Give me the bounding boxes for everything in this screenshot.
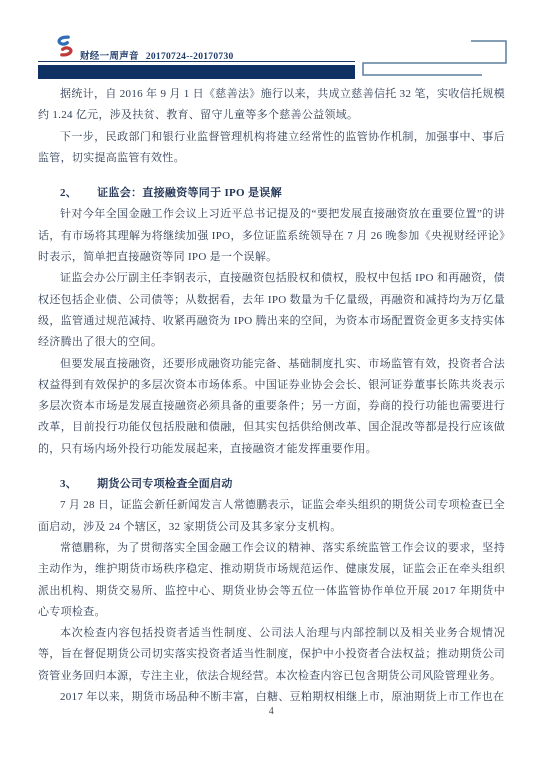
section-number: 2、 [60, 187, 77, 199]
document-page: 财经一周声音20170724--20170730 据统计，自 2016 年 9 … [0, 0, 543, 768]
paragraph: 常德鹏称，为了贯彻落实全国金融工作会议的精神、落实系统监管工作会议的要求，坚持主… [38, 538, 505, 623]
paragraph: 但要发展直接融资，还要形成融资功能完备、基础制度扎实、市场监管有效，投资者合法权… [38, 354, 505, 460]
section-heading-2: 2、证监会：直接融资等同于 IPO 是误解 [38, 183, 505, 204]
header-rule-line [38, 61, 355, 62]
s-swoosh-logo-icon [53, 34, 77, 58]
section-title: 证监会：直接融资等同于 IPO 是误解 [97, 187, 282, 199]
paragraph: 下一步，民政部门和银行业监督管理机构将建立经常性的监管协作机制，加强事中、事后监… [38, 127, 505, 170]
header-navy-bar [38, 65, 355, 79]
paragraph: 本次检查内容包括投资者适当性制度、公司法人治理与内部控制以及相关业务合规情况等，… [38, 623, 505, 687]
section-heading-3: 3、期货公司专项检查全面启动 [38, 474, 505, 495]
header-decorative-outline [355, 36, 543, 82]
header-titleline: 财经一周声音20170724--20170730 [80, 48, 234, 62]
page-number: 4 [0, 706, 543, 717]
paragraph: 针对今年全国金融工作会议上习近平总书记提及的“要把发展直接融资放在重要位置”的讲… [38, 204, 505, 268]
section-title: 期货公司专项检查全面启动 [97, 478, 233, 490]
paragraph: 7 月 28 日，证监会新任新闻发言人常德鹏表示，证监会牵头组织的期货公司专项检… [38, 495, 505, 538]
paragraph: 证监会办公厅副主任李钢表示，直接融资包括股权和债权，股权中包括 IPO 和再融资… [38, 268, 505, 353]
document-body: 据统计，自 2016 年 9 月 1 日《慈善法》施行以来，共成立慈善信托 32… [38, 84, 505, 708]
paragraph: 据统计，自 2016 年 9 月 1 日《慈善法》施行以来，共成立慈善信托 32… [38, 84, 505, 127]
section-number: 3、 [60, 478, 77, 490]
